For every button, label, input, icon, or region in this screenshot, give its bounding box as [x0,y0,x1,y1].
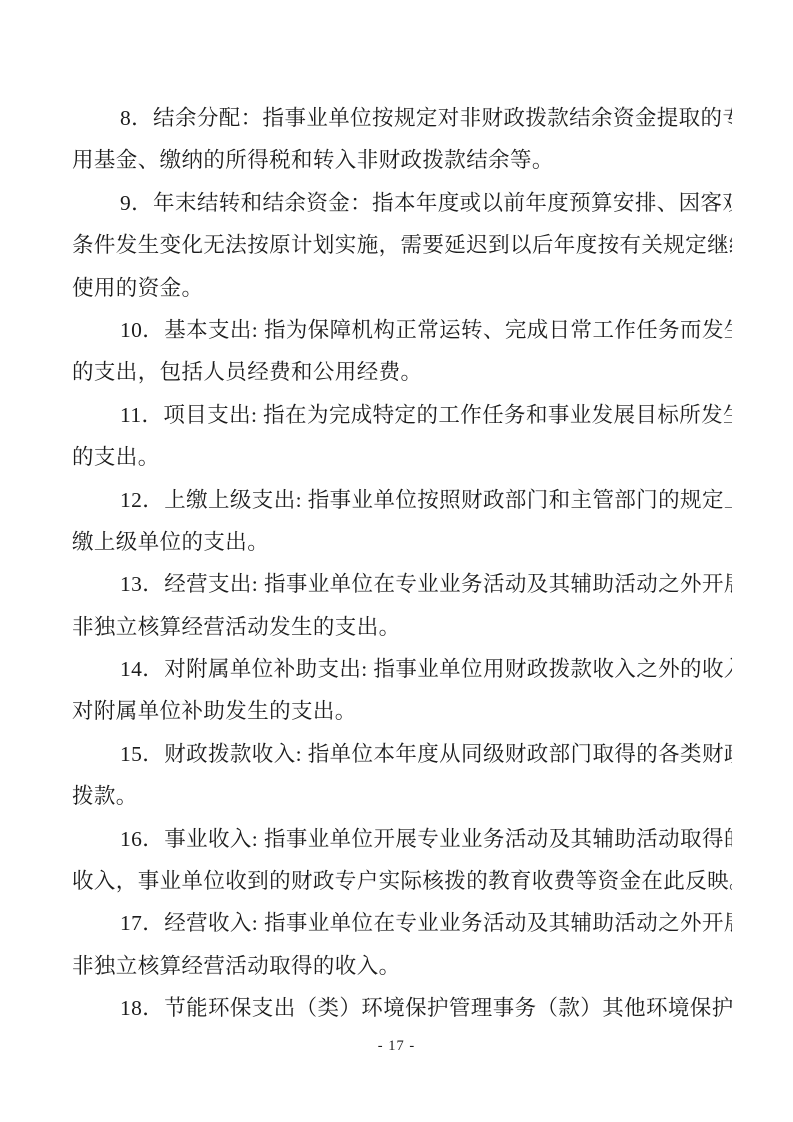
definition-item-15-line-1: 15．财政拨款收入: 指单位本年度从同级财政部门取得的各类财政 [72,733,732,775]
definition-item-8-line-2: 用基金、缴纳的所得税和转入非财政拨款结余等。 [72,139,732,181]
definition-item-18-line-1: 18．节能环保支出（类）环境保护管理事务（款）其他环境保护管 [72,987,732,1029]
page-footer: - 17 - [0,1036,793,1056]
definition-item-8-line-1: 8．结余分配：指事业单位按规定对非财政拨款结余资金提取的专 [72,97,732,139]
definition-item-17-line-1: 17．经营收入: 指事业单位在专业业务活动及其辅助活动之外开展 [72,902,732,944]
definition-item-11-line-1: 11．项目支出: 指在为完成特定的工作任务和事业发展目标所发生 [72,394,732,436]
definition-item-12-line-1: 12．上缴上级支出: 指事业单位按照财政部门和主管部门的规定上 [72,479,732,521]
definition-item-11: 11．项目支出: 指在为完成特定的工作任务和事业发展目标所发生的支出。 [72,394,732,479]
definition-item-14-line-2: 对附属单位补助发生的支出。 [72,690,732,732]
definition-item-11-line-2: 的支出。 [72,436,732,478]
document-page: 8．结余分配：指事业单位按规定对非财政拨款结余资金提取的专用基金、缴纳的所得税和… [0,0,793,1122]
definition-item-12-line-2: 缴上级单位的支出。 [72,521,732,563]
definition-item-14: 14．对附属单位补助支出: 指事业单位用财政拨款收入之外的收入对附属单位补助发生… [72,648,732,733]
definition-item-13: 13．经营支出: 指事业单位在专业业务活动及其辅助活动之外开展非独立核算经营活动… [72,563,732,648]
definition-item-16: 16．事业收入: 指事业单位开展专业业务活动及其辅助活动取得的收入，事业单位收到… [72,818,732,903]
glossary-text-block: 8．结余分配：指事业单位按规定对非财政拨款结余资金提取的专用基金、缴纳的所得税和… [72,97,732,1030]
definition-item-16-line-1: 16．事业收入: 指事业单位开展专业业务活动及其辅助活动取得的 [72,818,732,860]
definition-item-15: 15．财政拨款收入: 指单位本年度从同级财政部门取得的各类财政拨款。 [72,733,732,818]
page-number: - 17 - [378,1038,415,1054]
definition-item-9-line-3: 使用的资金。 [72,267,732,309]
definition-item-14-line-1: 14．对附属单位补助支出: 指事业单位用财政拨款收入之外的收入 [72,648,732,690]
definition-item-10-line-1: 10．基本支出: 指为保障机构正常运转、完成日常工作任务而发生 [72,309,732,351]
definition-item-10: 10．基本支出: 指为保障机构正常运转、完成日常工作任务而发生的支出，包括人员经… [72,309,732,394]
definition-item-10-line-2: 的支出，包括人员经费和公用经费。 [72,351,732,393]
definition-item-12: 12．上缴上级支出: 指事业单位按照财政部门和主管部门的规定上缴上级单位的支出。 [72,479,732,564]
definition-item-18: 18．节能环保支出（类）环境保护管理事务（款）其他环境保护管 [72,987,732,1029]
definition-item-9-line-2: 条件发生变化无法按原计划实施，需要延迟到以后年度按有关规定继续 [72,224,732,266]
definition-item-8: 8．结余分配：指事业单位按规定对非财政拨款结余资金提取的专用基金、缴纳的所得税和… [72,97,732,182]
definition-item-15-line-2: 拨款。 [72,775,732,817]
definition-item-13-line-2: 非独立核算经营活动发生的支出。 [72,606,732,648]
definition-item-9: 9．年末结转和结余资金：指本年度或以前年度预算安排、因客观条件发生变化无法按原计… [72,182,732,309]
definition-item-17-line-2: 非独立核算经营活动取得的收入。 [72,945,732,987]
definition-item-9-line-1: 9．年末结转和结余资金：指本年度或以前年度预算安排、因客观 [72,182,732,224]
definition-item-13-line-1: 13．经营支出: 指事业单位在专业业务活动及其辅助活动之外开展 [72,563,732,605]
definition-item-17: 17．经营收入: 指事业单位在专业业务活动及其辅助活动之外开展非独立核算经营活动… [72,902,732,987]
definition-item-16-line-2: 收入，事业单位收到的财政专户实际核拨的教育收费等资金在此反映。 [72,860,732,902]
